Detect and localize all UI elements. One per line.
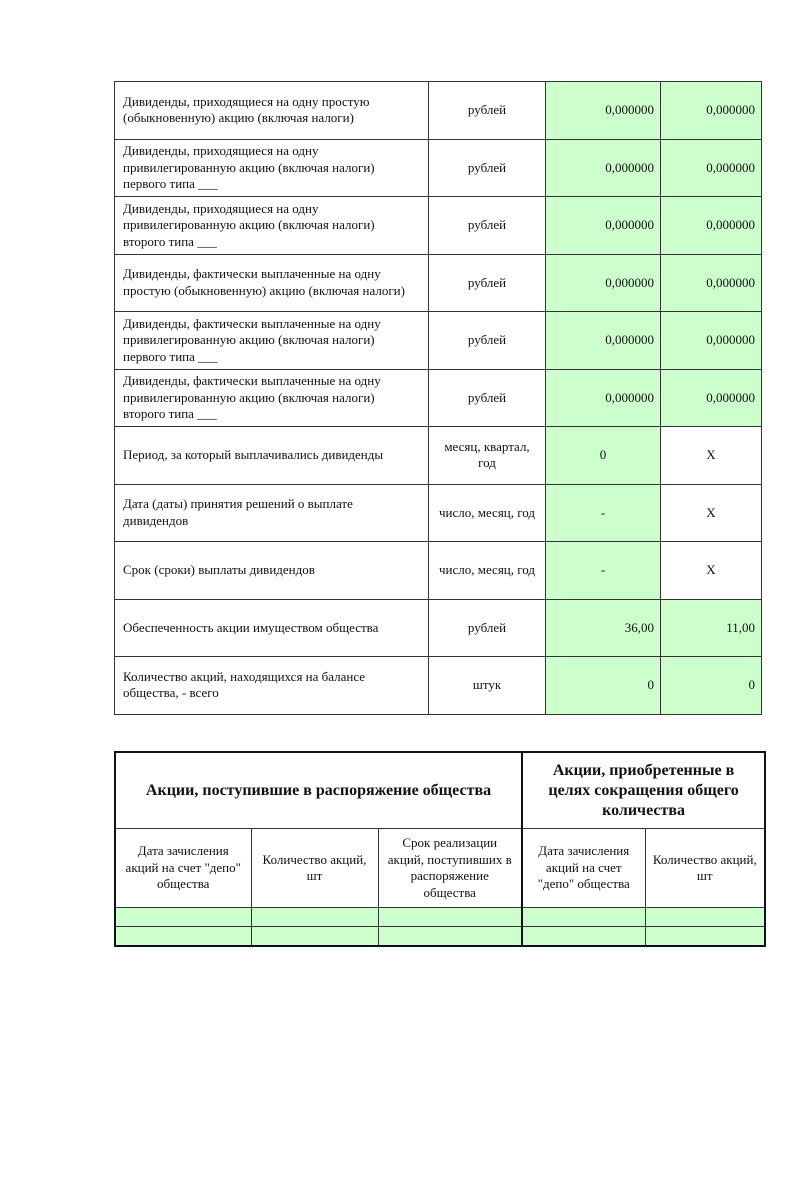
table-row bbox=[115, 927, 765, 947]
value-cell-current[interactable]: 0,000000 bbox=[546, 82, 661, 140]
value-cell-current[interactable]: 0,000000 bbox=[546, 254, 661, 312]
row-label: Срок (сроки) выплаты дивидендов bbox=[115, 542, 429, 600]
row-label: Дивиденды, фактически выплаченные на одн… bbox=[115, 312, 429, 370]
column-header: Количество акций, шт bbox=[645, 829, 765, 908]
row-unit: штук bbox=[429, 657, 546, 715]
value-cell-previous: X bbox=[661, 484, 762, 542]
row-unit: рублей bbox=[429, 254, 546, 312]
input-cell[interactable] bbox=[645, 927, 765, 947]
value-cell-previous[interactable]: 11,00 bbox=[661, 599, 762, 657]
row-label: Дивиденды, приходящиеся на одну привилег… bbox=[115, 197, 429, 255]
shares-table: Акции, поступившие в распоряжение общест… bbox=[114, 751, 766, 947]
value-cell-previous[interactable]: 0 bbox=[661, 657, 762, 715]
row-label: Дивиденды, приходящиеся на одну привилег… bbox=[115, 139, 429, 197]
value-cell-previous[interactable]: 0,000000 bbox=[661, 369, 762, 427]
row-label: Период, за который выплачивались дивиден… bbox=[115, 427, 429, 485]
table-row: Период, за который выплачивались дивиден… bbox=[115, 427, 762, 485]
input-cell[interactable] bbox=[522, 908, 645, 927]
input-cell[interactable] bbox=[378, 927, 522, 947]
value-cell-previous[interactable]: 0,000000 bbox=[661, 139, 762, 197]
table-row bbox=[115, 908, 765, 927]
value-cell-current[interactable]: 0,000000 bbox=[546, 312, 661, 370]
row-label: Дивиденды, фактически выплаченные на одн… bbox=[115, 369, 429, 427]
column-header: Дата зачисления акций на счет "депо" общ… bbox=[522, 829, 645, 908]
value-cell-current[interactable]: 0,000000 bbox=[546, 369, 661, 427]
table-row: Дивиденды, приходящиеся на одну простую … bbox=[115, 82, 762, 140]
group-header-acquired-shares: Акции, приобретенные в целях сокращения … bbox=[522, 752, 765, 829]
input-cell[interactable] bbox=[522, 927, 645, 947]
table-row: Дивиденды, приходящиеся на одну привилег… bbox=[115, 139, 762, 197]
value-cell-previous[interactable]: 0,000000 bbox=[661, 312, 762, 370]
value-cell-current[interactable]: 0,000000 bbox=[546, 139, 661, 197]
value-cell-previous: X bbox=[661, 542, 762, 600]
column-header: Дата зачисления акций на счет "депо" общ… bbox=[115, 829, 251, 908]
value-cell-current[interactable]: 0 bbox=[546, 657, 661, 715]
table-row: Дивиденды, приходящиеся на одну привилег… bbox=[115, 197, 762, 255]
group-header-received-shares: Акции, поступившие в распоряжение общест… bbox=[115, 752, 522, 829]
table-row: Количество акций, находящихся на балансе… bbox=[115, 657, 762, 715]
table-row: Дивиденды, фактически выплаченные на одн… bbox=[115, 254, 762, 312]
input-cell[interactable] bbox=[251, 927, 378, 947]
value-cell-current[interactable]: 36,00 bbox=[546, 599, 661, 657]
table-row: Срок (сроки) выплаты дивидендовчисло, ме… bbox=[115, 542, 762, 600]
row-label: Количество акций, находящихся на балансе… bbox=[115, 657, 429, 715]
input-cell[interactable] bbox=[645, 908, 765, 927]
row-unit: число, месяц, год bbox=[429, 542, 546, 600]
value-cell-previous[interactable]: 0,000000 bbox=[661, 254, 762, 312]
value-cell-previous: X bbox=[661, 427, 762, 485]
row-unit: месяц, квартал, год bbox=[429, 427, 546, 485]
input-cell[interactable] bbox=[251, 908, 378, 927]
row-unit: рублей bbox=[429, 312, 546, 370]
input-cell[interactable] bbox=[378, 908, 522, 927]
table-row: Дата (даты) принятия решений о выплате д… bbox=[115, 484, 762, 542]
row-unit: рублей bbox=[429, 599, 546, 657]
column-header: Срок реализации акций, поступивших в рас… bbox=[378, 829, 522, 908]
row-unit: рублей bbox=[429, 369, 546, 427]
value-cell-current[interactable]: - bbox=[546, 484, 661, 542]
value-cell-previous[interactable]: 0,000000 bbox=[661, 82, 762, 140]
row-label: Обеспеченность акции имуществом общества bbox=[115, 599, 429, 657]
value-cell-current[interactable]: 0 bbox=[546, 427, 661, 485]
input-cell[interactable] bbox=[115, 927, 251, 947]
row-unit: число, месяц, год bbox=[429, 484, 546, 542]
value-cell-current[interactable]: - bbox=[546, 542, 661, 600]
input-cell[interactable] bbox=[115, 908, 251, 927]
table-row: Обеспеченность акции имуществом общества… bbox=[115, 599, 762, 657]
row-unit: рублей bbox=[429, 82, 546, 140]
value-cell-previous[interactable]: 0,000000 bbox=[661, 197, 762, 255]
value-cell-current[interactable]: 0,000000 bbox=[546, 197, 661, 255]
column-header: Количество акций, шт bbox=[251, 829, 378, 908]
row-unit: рублей bbox=[429, 197, 546, 255]
row-label: Дивиденды, приходящиеся на одну простую … bbox=[115, 82, 429, 140]
table-row: Дивиденды, фактически выплаченные на одн… bbox=[115, 312, 762, 370]
table-row: Дивиденды, фактически выплаченные на одн… bbox=[115, 369, 762, 427]
row-unit: рублей bbox=[429, 139, 546, 197]
row-label: Дата (даты) принятия решений о выплате д… bbox=[115, 484, 429, 542]
row-label: Дивиденды, фактически выплаченные на одн… bbox=[115, 254, 429, 312]
dividends-table: Дивиденды, приходящиеся на одну простую … bbox=[114, 81, 762, 715]
